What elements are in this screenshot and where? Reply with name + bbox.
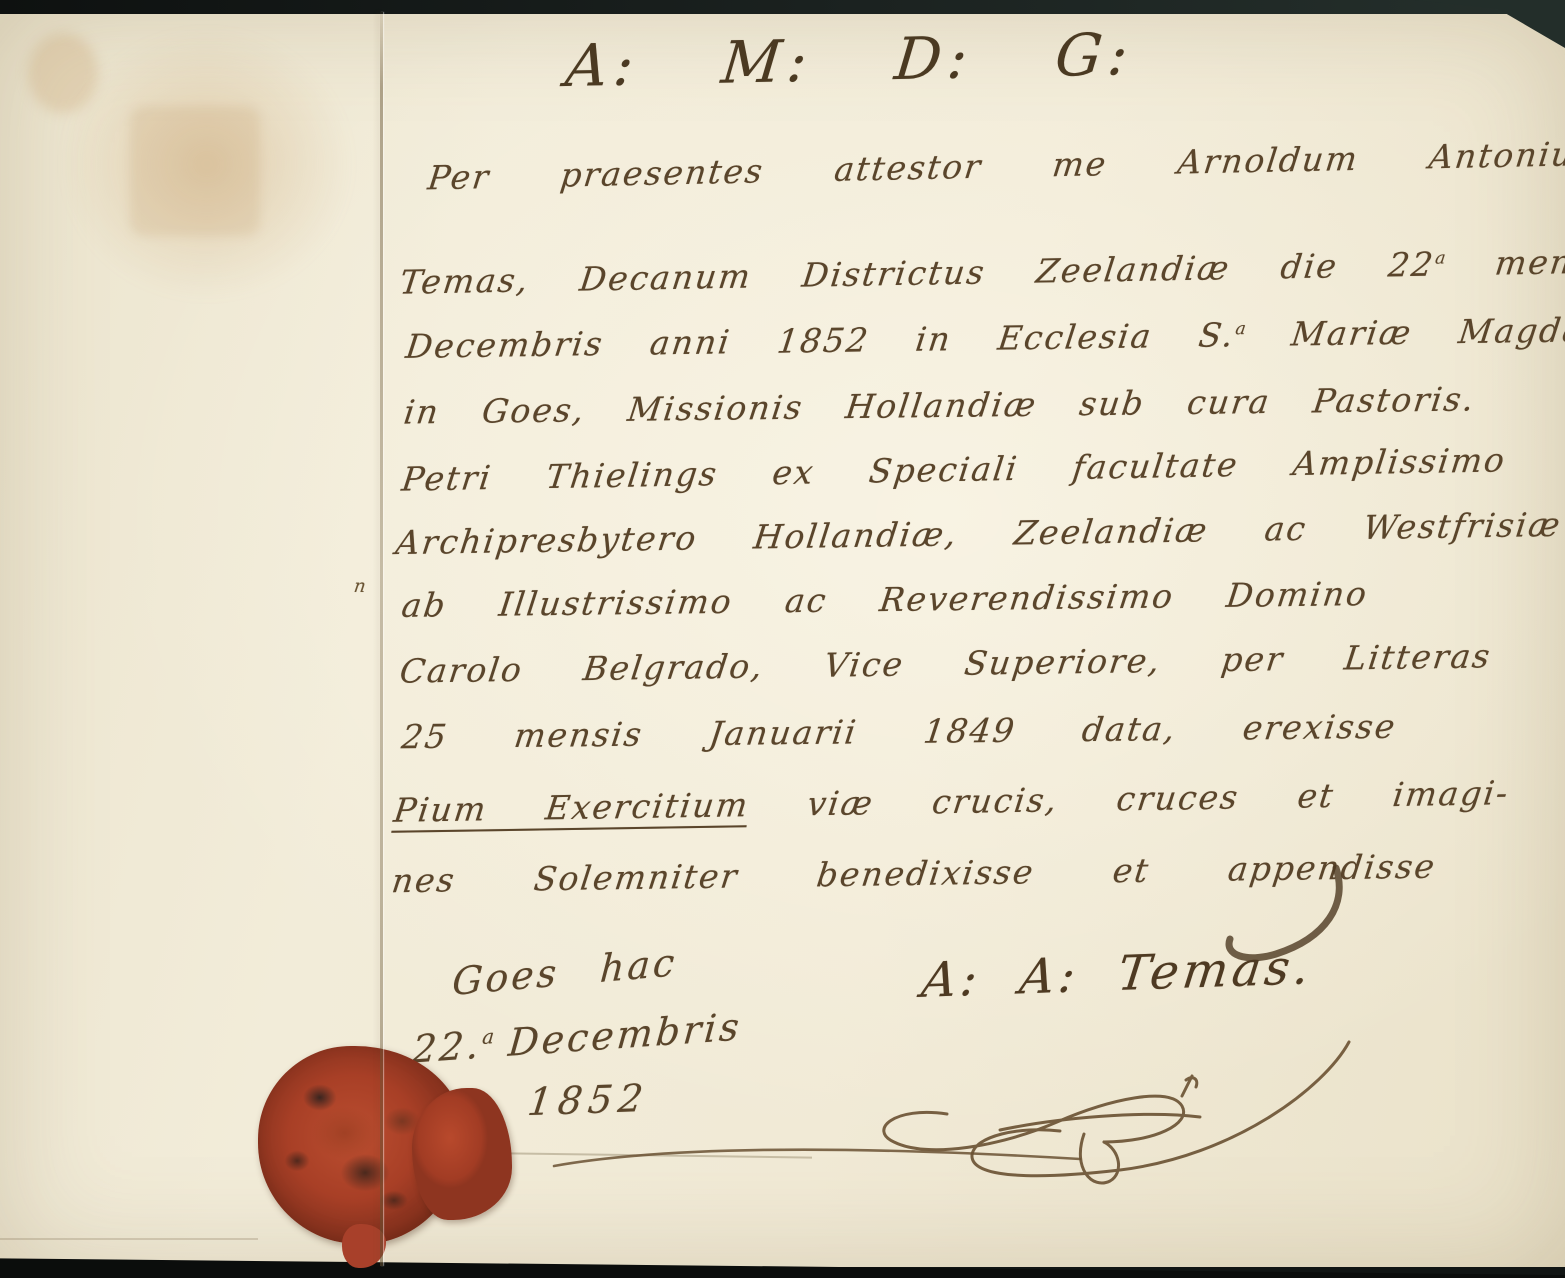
scan-edge-top <box>0 0 1565 14</box>
pen-underline-stroke-icon <box>548 1134 1088 1174</box>
vertical-fold-crease <box>380 12 383 1266</box>
pen-flourish-icon <box>1208 860 1348 970</box>
margin-mark: n <box>353 576 368 597</box>
dateline-year: 1852 <box>525 1076 651 1124</box>
bleed-through-stain <box>130 106 260 236</box>
bleed-through-stain <box>28 33 98 113</box>
signature-flourish-icon <box>852 1038 1352 1208</box>
heading-monogram: A: M: D: G: <box>563 20 1137 100</box>
red-wax-seal <box>258 1046 464 1244</box>
horizontal-fold-crease <box>0 1238 258 1240</box>
